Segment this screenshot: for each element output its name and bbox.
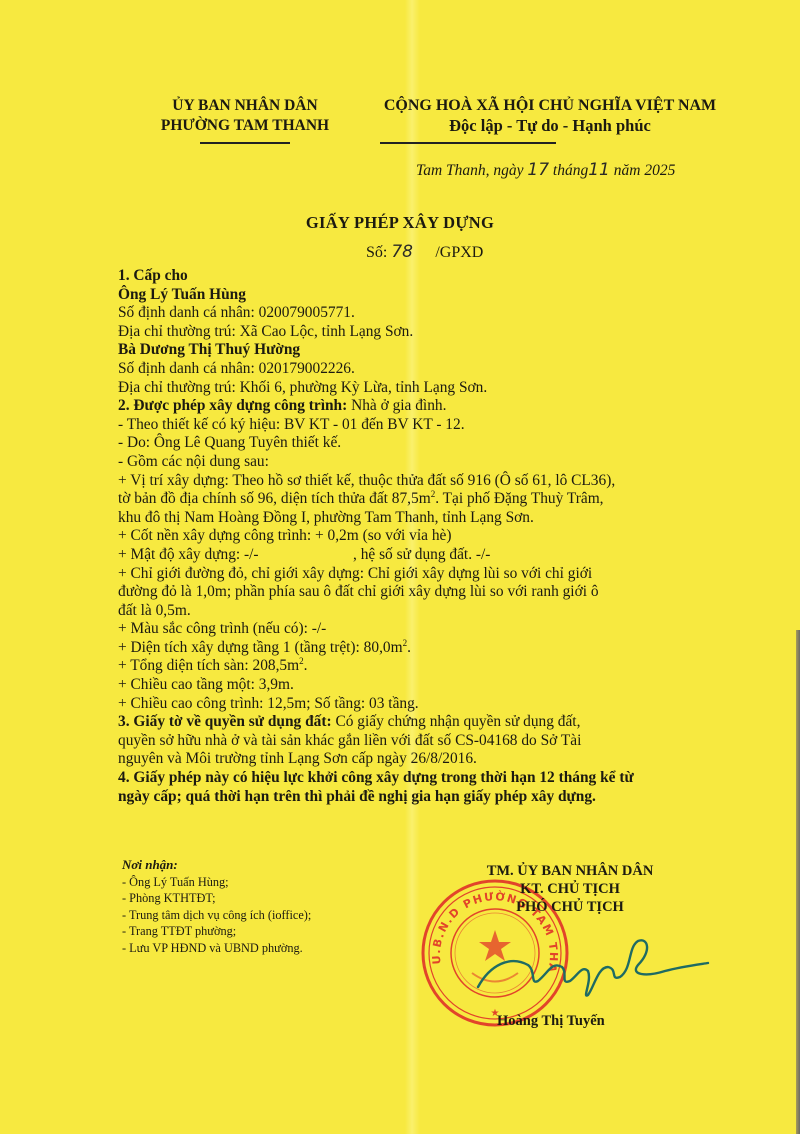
number-handwritten: 78 (391, 242, 431, 262)
date-month-label: tháng (553, 162, 588, 179)
date-month-handwritten: 11 (588, 160, 610, 180)
recipient-item: - Phòng KTHTĐT; (122, 890, 311, 907)
person-2-name: Bà Dương Thị Thuý Hường (118, 341, 300, 358)
signature-block: TM. ỦY BAN NHÂN DÂN KT. CHỦ TỊCH PHÓ CHỦ… (460, 862, 680, 916)
signer-name: Hoàng Thị Tuyến (497, 1013, 605, 1030)
section-2-heading: 2. Được phép xây dựng công trình: (118, 397, 347, 414)
boundary-line-3: đất là 0,5m. (118, 602, 758, 621)
authority-underline (200, 142, 290, 144)
authority-line-1: ỦY BAN NHÂN DÂN (130, 96, 360, 116)
foundation-level: + Cốt nền xây dựng công trình: + 0,2m (s… (118, 527, 758, 546)
validity-line-1: 4. Giấy phép này có hiệu lực khởi công x… (118, 769, 634, 786)
contents-label: - Gồm các nội dung sau: (118, 453, 758, 472)
date-place: Tam Thanh, ngày (416, 162, 524, 179)
number-label: Số: (366, 244, 387, 261)
building-color: + Màu sắc công trình (nếu có): -/- (118, 620, 758, 639)
authority-line-2: PHƯỜNG TAM THANH (130, 116, 360, 136)
recipients-heading: Nơi nhận: (122, 857, 311, 874)
land-cert-line-2: quyền sở hữu nhà ở và tài sản khác gắn l… (118, 732, 758, 751)
recipient-item: - Ông Lý Tuấn Hùng; (122, 874, 311, 891)
building-height: + Chiều cao công trình: 12,5m; Số tầng: … (118, 695, 758, 714)
section-3-heading: 3. Giấy tờ về quyền sử dụng đất: (118, 713, 332, 730)
design-code: - Theo thiết kế có ký hiệu: BV KT - 01 đ… (118, 416, 758, 435)
land-cert-line-1: Có giấy chứng nhận quyền sử dụng đất, (335, 713, 580, 730)
total-floor-area: + Tổng diện tích sàn: 208,5m2. (118, 657, 758, 676)
issue-date: Tam Thanh, ngày 17 tháng11 năm 2025 (416, 160, 675, 180)
scan-edge (796, 630, 800, 1134)
land-cert-line-3: nguyên và Môi trường tỉnh Lạng Sơn cấp n… (118, 750, 758, 769)
issuing-authority: ỦY BAN NHÂN DÂN PHƯỜNG TAM THANH (130, 96, 360, 136)
signature-line-3: PHÓ CHỦ TỊCH (460, 898, 680, 916)
boundary-line-1: + Chỉ giới đường đỏ, chỉ giới xây dựng: … (118, 565, 758, 584)
section-1-heading: 1. Cấp cho (118, 267, 188, 284)
designer: - Do: Ông Lê Quang Tuyên thiết kế. (118, 434, 758, 453)
first-floor-height: + Chiều cao tầng một: 3,9m. (118, 676, 758, 695)
document-title: GIẤY PHÉP XÂY DỰNG (0, 213, 800, 233)
recipient-item: - Trung tâm dịch vụ công ích (ioffice); (122, 907, 311, 924)
document-number: Số: 78 /GPXD (366, 242, 483, 262)
date-year: năm 2025 (614, 162, 676, 179)
land-use-coefficient: , hệ số sử dụng đất. -/- (353, 546, 490, 563)
motto-underline (380, 142, 556, 144)
date-day-handwritten: 17 (527, 160, 549, 180)
location-line-3: khu đô thị Nam Hoàng Đồng I, phường Tam … (118, 509, 758, 528)
signature-line-2: KT. CHỦ TỊCH (460, 880, 680, 898)
person-1-address: Địa chỉ thường trú: Xã Cao Lộc, tỉnh Lạn… (118, 323, 758, 342)
location-line-2: tờ bản đồ địa chính số 96, diện tích thử… (118, 490, 758, 509)
national-motto: Độc lập - Tự do - Hạnh phúc (360, 116, 740, 136)
recipients-list: Nơi nhận: - Ông Lý Tuấn Hùng; - Phòng KT… (122, 857, 311, 957)
ground-floor-area: + Diện tích xây dựng tầng 1 (tầng trệt):… (118, 639, 758, 658)
person-2-address: Địa chỉ thường trú: Khối 6, phường Kỳ Lừ… (118, 379, 758, 398)
person-2-id: Số định danh cá nhân: 020179002226. (118, 360, 758, 379)
person-1-name: Ông Lý Tuấn Hùng (118, 286, 246, 303)
boundary-line-2: đường đỏ là 1,0m; phần phía sau ô đất ch… (118, 583, 758, 602)
location-line-1: + Vị trí xây dựng: Theo hồ sơ thiết kế, … (118, 472, 758, 491)
person-1-id: Số định danh cá nhân: 020079005771. (118, 304, 758, 323)
permit-body: 1. Cấp cho Ông Lý Tuấn Hùng Số định danh… (118, 267, 758, 806)
construction-type: Nhà ở gia đình. (351, 397, 446, 414)
handwritten-signature-icon (470, 925, 710, 1005)
recipient-item: - Lưu VP HĐND và UBND phường. (122, 940, 311, 957)
signature-line-1: TM. ỦY BAN NHÂN DÂN (460, 862, 680, 880)
national-heading: CỘNG HOÀ XÃ HỘI CHỦ NGHĨA VIỆT NAM Độc l… (360, 96, 740, 136)
recipient-item: - Trang TTĐT phường; (122, 923, 311, 940)
validity-line-2: ngày cấp; quá thời hạn trên thì phải đề … (118, 788, 596, 805)
building-density: + Mật độ xây dựng: -/- (118, 546, 353, 565)
nation-line-1: CỘNG HOÀ XÃ HỘI CHỦ NGHĨA VIỆT NAM (360, 96, 740, 116)
number-suffix: /GPXD (435, 244, 483, 261)
density-line: + Mật độ xây dựng: -/-, hệ số sử dụng đấ… (118, 546, 758, 565)
